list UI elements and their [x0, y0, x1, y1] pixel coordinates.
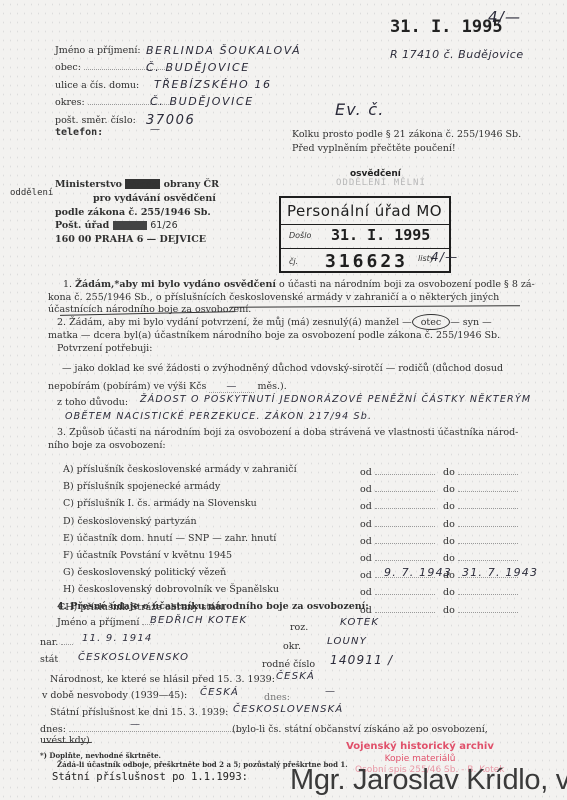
page-count-mark: 4/— — [488, 8, 521, 26]
participation-to-label: do — [443, 501, 518, 512]
participation-from-label: od — [360, 484, 435, 495]
participant-district-value: LOUNY — [327, 636, 367, 647]
participation-row-label: G) československý politický vězeň — [63, 567, 226, 578]
participation-from-label: od — [360, 519, 435, 530]
stamp-sheets-value: 4/— — [431, 250, 458, 264]
participation-to-label: do — [443, 467, 518, 478]
participation-row-label: H) československý dobrovolník ve Španěls… — [63, 584, 279, 595]
participation-to-label: do — [443, 536, 518, 547]
participation-to-label: do — [443, 484, 518, 495]
section1-strikethrough-2 — [230, 305, 520, 308]
recipient-line-1: Ministerstvo národní obrany ČR — [55, 179, 219, 190]
applicant-postal-label: pošt. směr. číslo: — [55, 115, 136, 126]
section4-heading: 4. Přesné údaje o účastníku národního bo… — [57, 601, 369, 612]
participant-district-label: okr. — [283, 641, 301, 652]
participant-birth-number-value: 140911 / — [330, 653, 393, 667]
participation-from-label: od — [360, 467, 435, 478]
selection-circle — [412, 314, 450, 330]
author-watermark: Mgr. Jaroslav Krídlo, vets.cz — [290, 764, 567, 797]
participant-state-label: stát — [40, 654, 58, 665]
participant-birth-number-label: rodné číslo — [262, 659, 315, 670]
citizenship-note: (bylo-li čs. státní občanství získáno až… — [232, 724, 488, 735]
handwritten-reference-note: R 17410 č. Budějovice — [390, 48, 524, 61]
participant-born-name-label: roz. — [290, 622, 308, 633]
recipient-line-4: Pošt. úřad DEJVICE 61/26 — [55, 220, 178, 231]
department-label: oddělení — [10, 188, 53, 198]
redacted-word: národní — [125, 179, 160, 189]
participation-from-label: od — [360, 501, 435, 512]
section3-heading-line2: ního boje za osvobození: — [48, 440, 166, 451]
applicant-street-value: TŘEBÍZSKÉHO 16 — [154, 78, 272, 91]
stamp-ref-label: čj. — [289, 257, 298, 266]
participant-occupation-label: v době nesvobody (1939—45): — [42, 690, 187, 701]
stamp-date-value: 31. I. 1995 — [331, 226, 430, 244]
participant-nationality-label: Národnost, ke které se hlásil před 15. 3… — [50, 674, 275, 685]
section1-line1: 1. Žádám,*aby mi bylo vydáno osvědčení o… — [63, 279, 535, 290]
footnote-line1: *) Doplňte, nevhodné škrtněte. — [40, 751, 161, 760]
instructions-note: Před vyplněním přečtěte poučení! — [292, 143, 456, 154]
section2-reason-label: z toho důvodu: — [57, 397, 128, 408]
applicant-district-value: Č. BUDĚJOVICE — [150, 95, 254, 108]
participant-occupation-value: ČESKÁ — [200, 687, 239, 698]
applicant-street-label: ulice a čís. domu: — [55, 80, 139, 91]
document-page: Jméno a příjmení: BERLINDA ŠOUKALOVÁ obe… — [0, 0, 567, 800]
applicant-name-value: BERLINDA ŠOUKALOVÁ — [146, 44, 301, 57]
receipt-date-stamp: 31. I. 1995 — [390, 17, 503, 37]
participation-to-label: do — [443, 553, 518, 564]
recipient-line-2: pro vydávání osvědčení — [93, 193, 216, 204]
section2-purpose-line1: — jako doklad ke své žádosti o zvýhodněn… — [62, 363, 503, 374]
participant-today-value: — — [325, 686, 336, 697]
stamp-header-faded: ODDĚLENÍ MĚLNÍ — [336, 178, 426, 188]
citizenship-1993-label: Státní příslušnost po 1.1.1993: — [52, 771, 248, 783]
section2-reason-line1: ŽÁDOST O POSKYTNUTÍ JEDNORÁZOVÉ PENĚŽNÍ … — [140, 394, 531, 405]
section3-heading-line1: 3. Způsob účasti na národním boji za osv… — [57, 427, 518, 438]
stamp-date-label: Došlo — [289, 231, 311, 240]
participation-to-value: 31. 7. 1943 — [462, 566, 538, 579]
participant-citizenship-today-value: — — [130, 719, 141, 730]
footnote-divider — [43, 742, 91, 743]
applicant-name-label: Jméno a příjmení: — [55, 45, 141, 56]
participant-citizenship-today-label: dnes: — [40, 724, 249, 735]
section2-reason-line2: OBĚTEM NACISTICKÉ PERZEKUCE. ZÁKON 217/9… — [65, 411, 372, 422]
archive-stamp-line2: Kopie materiálů — [340, 754, 500, 764]
recipient-line-3: podle zákona č. 255/1946 Sb. — [55, 207, 211, 218]
applicant-phone-label: telefon: — [55, 127, 103, 138]
applicant-phone-value: — — [150, 124, 161, 135]
citizenship-note-2: uvést kdy). — [40, 735, 93, 746]
participation-row-label: C) příslušník I. čs. armády na Slovensku — [63, 498, 257, 509]
participant-state-value: ČESKOSLOVENSKO — [78, 652, 189, 663]
participant-dob-label: nar. — [40, 637, 73, 648]
personnel-office-stamp: Personální úřad MO Došlo 31. I. 1995 čj.… — [279, 196, 451, 273]
participant-born-name-value: KOTEK — [340, 617, 379, 628]
participation-row-label: F) účastník Povstání v květnu 1945 — [63, 550, 232, 561]
participation-to-label: do — [443, 587, 518, 598]
participation-row-label: A) příslušník československé armády v za… — [63, 464, 297, 475]
archive-stamp-title: Vojenský historický archiv — [340, 741, 500, 752]
participation-from-label: od — [360, 605, 435, 616]
section1-line2: kona č. 255/1946 Sb., o příslušnících če… — [48, 292, 499, 303]
redacted-post-office: DEJVICE — [113, 221, 147, 230]
participant-name-label: Jméno a příjmení — [57, 617, 154, 628]
evidence-mark: Ev. č. — [335, 100, 385, 119]
participation-to-label: do — [443, 605, 518, 616]
stamp-title: Personální úřad MO — [287, 202, 442, 220]
participant-citizenship-label: Státní příslušnost ke dni 15. 3. 1939: — [50, 707, 228, 718]
participation-row-label: E) účastník dom. hnutí — SNP — zahr. hnu… — [63, 533, 276, 544]
participation-from-label: od — [360, 536, 435, 547]
section2-line2: matka — dcera byl(a) účastníkem národníh… — [48, 330, 500, 341]
stamp-ref-value: 316623 — [325, 251, 408, 272]
section2-needs-label: Potvrzení potřebuji: — [57, 343, 152, 354]
participant-dob-value: 11. 9. 1914 — [82, 633, 152, 644]
recipient-line-5: 160 00 PRAHA 6 — DEJVICE — [55, 234, 206, 245]
applicant-city-value: Č. BUDĚJOVICE — [146, 61, 250, 74]
participation-from-label: od — [360, 553, 435, 564]
section2-purpose-line2: nepobírám (pobírám) ve výši Kčs — měs.). — [48, 381, 287, 393]
participation-from-value: 9. 7. 1943 — [384, 566, 452, 579]
participation-to-label: do — [443, 519, 518, 530]
participation-from-label: od — [360, 587, 435, 598]
participant-today-label: dnes: — [264, 692, 290, 703]
stamp-duty-note: Kolku prosto podle § 21 zákona č. 255/19… — [292, 129, 521, 140]
participation-row-label: D) československý partyzán — [63, 516, 197, 527]
participant-nationality-value: ČESKÁ — [276, 671, 315, 682]
participation-row-label: B) příslušník spojenecké armády — [63, 481, 220, 492]
participant-name-value: BEDŘICH KOTEK — [150, 615, 247, 626]
participant-citizenship-value: ČESKOSLOVENSKÁ — [233, 704, 343, 715]
